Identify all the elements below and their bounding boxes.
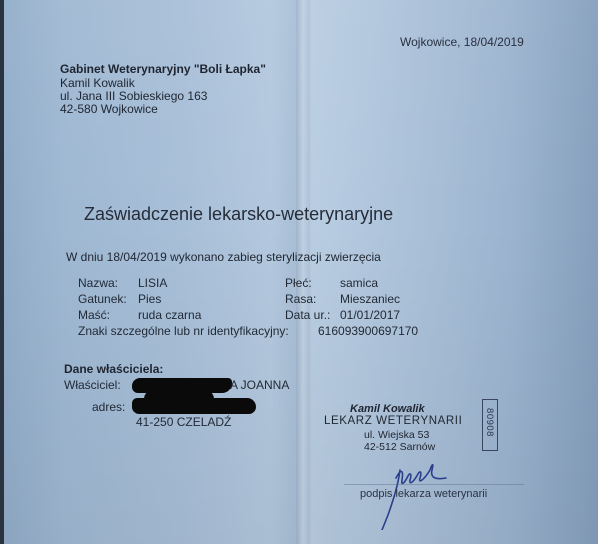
signature-caption: podpis lekarza weterynarii (360, 488, 487, 500)
redaction-mark (132, 398, 256, 414)
intro-text: W dniu 18/04/2019 wykonano zabieg steryl… (66, 250, 381, 264)
signature-line (344, 484, 524, 485)
owner-value: A JOANNA (230, 378, 289, 392)
birth-value: 01/01/2017 (340, 308, 400, 322)
stamp-number: 80908 (484, 408, 495, 437)
species-value: Pies (138, 292, 161, 306)
sex-label: Płeć: (285, 276, 312, 290)
clinic-name: Gabinet Weterynaryjny "Boli Łapka" (60, 62, 266, 76)
signature-icon (360, 440, 480, 530)
document-title: Zaświadczenie lekarsko-weterynaryjne (84, 204, 393, 225)
paper-fold (296, 0, 310, 544)
clinic-city: 42-580 Wojkowice (60, 102, 158, 116)
birth-label: Data ur.: (285, 308, 330, 322)
name-label: Nazwa: (78, 276, 118, 290)
sex-value: samica (340, 276, 378, 290)
color-label: Maść: (78, 308, 110, 322)
clinic-owner: Kamil Kowalik (60, 76, 135, 90)
certificate-paper: Gabinet Weterynaryjny "Boli Łapka" Kamil… (4, 0, 598, 544)
place-date: Wojkowice, 18/04/2019 (400, 35, 524, 49)
name-value: LISIA (138, 276, 167, 290)
species-label: Gatunek: (78, 292, 127, 306)
breed-label: Rasa: (285, 292, 316, 306)
breed-value: Mieszaniec (340, 292, 400, 306)
owner-label: Właściciel: (64, 378, 121, 392)
color-value: ruda czarna (138, 308, 201, 322)
owner-heading: Dane właściciela: (64, 362, 163, 376)
id-value: 616093900697170 (318, 324, 418, 338)
id-label: Znaki szczególne lub nr identyfikacyjny: (78, 324, 289, 338)
stamp-vet-name: Kamil Kowalik (350, 403, 425, 415)
stamp-vet-title: LEKARZ WETERYNARII (324, 415, 462, 427)
address-label: adres: (92, 400, 125, 414)
owner-postal-city: 41-250 CZELADŹ (136, 415, 231, 429)
clinic-street: ul. Jana III Sobieskiego 163 (60, 89, 207, 103)
